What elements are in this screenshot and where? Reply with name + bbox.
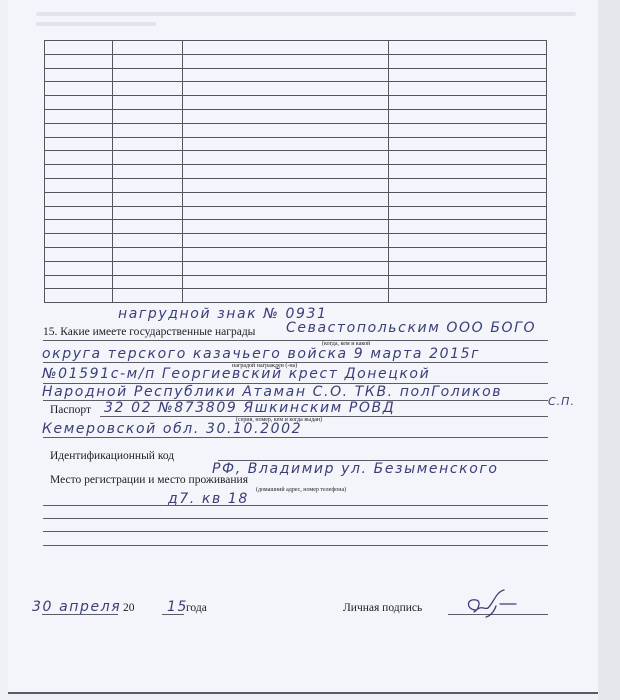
table-cell[interactable] xyxy=(45,151,113,165)
table-row xyxy=(45,275,547,289)
passport-underline-2 xyxy=(43,437,548,438)
table-cell[interactable] xyxy=(183,109,389,123)
residence-underline-2 xyxy=(43,518,548,519)
passport-label: Паспорт xyxy=(50,404,91,416)
table-row xyxy=(45,178,547,192)
table-row xyxy=(45,137,547,151)
table-cell[interactable] xyxy=(183,261,389,275)
awards-handwriting-line-5: Народной Республики Атаман С.О. ТКВ. пол… xyxy=(42,384,502,400)
table-cell[interactable] xyxy=(45,275,113,289)
table-row xyxy=(45,68,547,82)
date-day-month-underline xyxy=(42,614,118,615)
awards-number: 15. xyxy=(43,326,57,338)
table-cell[interactable] xyxy=(45,192,113,206)
table-cell[interactable] xyxy=(45,82,113,96)
date-day-month: 30 апреля xyxy=(32,599,121,615)
table-cell[interactable] xyxy=(113,220,183,234)
table-cell[interactable] xyxy=(113,109,183,123)
table-cell[interactable] xyxy=(113,165,183,179)
table-cell[interactable] xyxy=(113,234,183,248)
signature-label: Личная подпись xyxy=(343,602,422,614)
table-cell[interactable] xyxy=(389,261,547,275)
table-row xyxy=(45,261,547,275)
date-year: 15 xyxy=(167,599,188,615)
table-cell[interactable] xyxy=(389,41,547,55)
table-cell[interactable] xyxy=(183,165,389,179)
table-cell[interactable] xyxy=(113,178,183,192)
table-cell[interactable] xyxy=(389,54,547,68)
table-row xyxy=(45,206,547,220)
table-cell[interactable] xyxy=(389,206,547,220)
table-row xyxy=(45,151,547,165)
date-century: 20 xyxy=(123,602,135,614)
table-cell[interactable] xyxy=(183,151,389,165)
table-cell[interactable] xyxy=(113,206,183,220)
table-cell[interactable] xyxy=(183,123,389,137)
empty-record-table xyxy=(44,40,547,303)
table-row xyxy=(45,123,547,137)
table-cell[interactable] xyxy=(113,54,183,68)
signature-scribble-icon xyxy=(458,588,518,618)
residence-underline-4 xyxy=(43,545,548,546)
residence-hint: (домашний адрес, номер телефона) xyxy=(256,487,346,493)
passport-handwriting-line-1: 32 02 №873809 Яшкинским РОВД xyxy=(104,400,395,416)
table-cell[interactable] xyxy=(45,68,113,82)
table-cell[interactable] xyxy=(389,96,547,110)
table-cell[interactable] xyxy=(45,41,113,55)
bleed-through-text xyxy=(36,22,156,26)
table-row xyxy=(45,109,547,123)
date-year-underline xyxy=(162,614,184,615)
awards-label: 15. Какие имеете государственные награды xyxy=(43,326,255,338)
awards-handwriting-line-3: округа терского казачьего войска 9 марта… xyxy=(42,346,480,362)
table-cell[interactable] xyxy=(183,82,389,96)
table-cell[interactable] xyxy=(389,82,547,96)
table-cell[interactable] xyxy=(183,54,389,68)
table-cell[interactable] xyxy=(113,151,183,165)
table-cell[interactable] xyxy=(389,234,547,248)
table-cell[interactable] xyxy=(183,234,389,248)
table-cell[interactable] xyxy=(45,220,113,234)
table-cell[interactable] xyxy=(389,275,547,289)
table-cell[interactable] xyxy=(45,289,113,303)
table-row xyxy=(45,289,547,303)
table-cell[interactable] xyxy=(113,82,183,96)
table-cell[interactable] xyxy=(183,192,389,206)
table-cell[interactable] xyxy=(45,234,113,248)
table-cell[interactable] xyxy=(389,192,547,206)
table-cell[interactable] xyxy=(45,109,113,123)
table-cell[interactable] xyxy=(183,220,389,234)
table-cell[interactable] xyxy=(183,68,389,82)
table-cell[interactable] xyxy=(389,289,547,303)
table-cell[interactable] xyxy=(389,220,547,234)
table-row xyxy=(45,192,547,206)
table-cell[interactable] xyxy=(183,206,389,220)
table-cell[interactable] xyxy=(183,137,389,151)
table-row xyxy=(45,41,547,55)
table-cell[interactable] xyxy=(183,96,389,110)
table-cell[interactable] xyxy=(113,247,183,261)
id-code-label: Идентификационный код xyxy=(50,450,174,462)
awards-handwriting-line-2: Севастопольским ООО БОГО xyxy=(286,320,536,336)
residence-handwriting-line-1: РФ, Владимир ул. Безыменского xyxy=(212,461,499,477)
scan-edge xyxy=(598,0,620,700)
table-cell[interactable] xyxy=(113,192,183,206)
table-cell[interactable] xyxy=(45,165,113,179)
table-cell[interactable] xyxy=(45,54,113,68)
table-cell[interactable] xyxy=(113,275,183,289)
passport-handwriting-line-2: Кемеровской обл. 30.10.2002 xyxy=(42,421,302,437)
table-cell[interactable] xyxy=(389,165,547,179)
table-cell[interactable] xyxy=(389,68,547,82)
table-cell[interactable] xyxy=(45,247,113,261)
table-row xyxy=(45,82,547,96)
table-cell[interactable] xyxy=(45,178,113,192)
residence-underline-3 xyxy=(43,531,548,532)
table-cell[interactable] xyxy=(389,151,547,165)
residence-underline-1 xyxy=(43,505,548,506)
table-cell[interactable] xyxy=(389,178,547,192)
table-row xyxy=(45,247,547,261)
awards-label-text: Какие имеете государственные награды xyxy=(60,326,255,338)
table-cell[interactable] xyxy=(183,41,389,55)
table-cell[interactable] xyxy=(45,261,113,275)
table-row xyxy=(45,220,547,234)
passport-underline-1 xyxy=(100,416,548,417)
date-suffix: года xyxy=(186,602,207,614)
table-cell[interactable] xyxy=(389,247,547,261)
table-cell[interactable] xyxy=(183,275,389,289)
table-cell[interactable] xyxy=(113,261,183,275)
table-cell[interactable] xyxy=(113,123,183,137)
table-cell[interactable] xyxy=(183,289,389,303)
table-cell[interactable] xyxy=(45,206,113,220)
table-row xyxy=(45,165,547,179)
table-cell[interactable] xyxy=(113,289,183,303)
table-cell[interactable] xyxy=(389,123,547,137)
table-cell[interactable] xyxy=(183,247,389,261)
table-row xyxy=(45,234,547,248)
table-row xyxy=(45,54,547,68)
table-cell[interactable] xyxy=(113,68,183,82)
awards-underline-1 xyxy=(43,340,548,341)
table-cell[interactable] xyxy=(113,41,183,55)
table-cell[interactable] xyxy=(389,137,547,151)
table-cell[interactable] xyxy=(45,137,113,151)
table-cell[interactable] xyxy=(183,178,389,192)
table-cell[interactable] xyxy=(113,96,183,110)
residence-label: Место регистрации и место проживания xyxy=(50,474,248,486)
table-cell[interactable] xyxy=(45,96,113,110)
bleed-through-text xyxy=(36,12,576,16)
awards-handwriting-line-6: С.П. xyxy=(548,395,575,408)
table-cell[interactable] xyxy=(45,123,113,137)
table-cell[interactable] xyxy=(113,137,183,151)
awards-handwriting-line-4: №01591с-м/п Георгиевский крест Донецкой xyxy=(42,366,430,382)
table-cell[interactable] xyxy=(389,109,547,123)
table-row xyxy=(45,96,547,110)
